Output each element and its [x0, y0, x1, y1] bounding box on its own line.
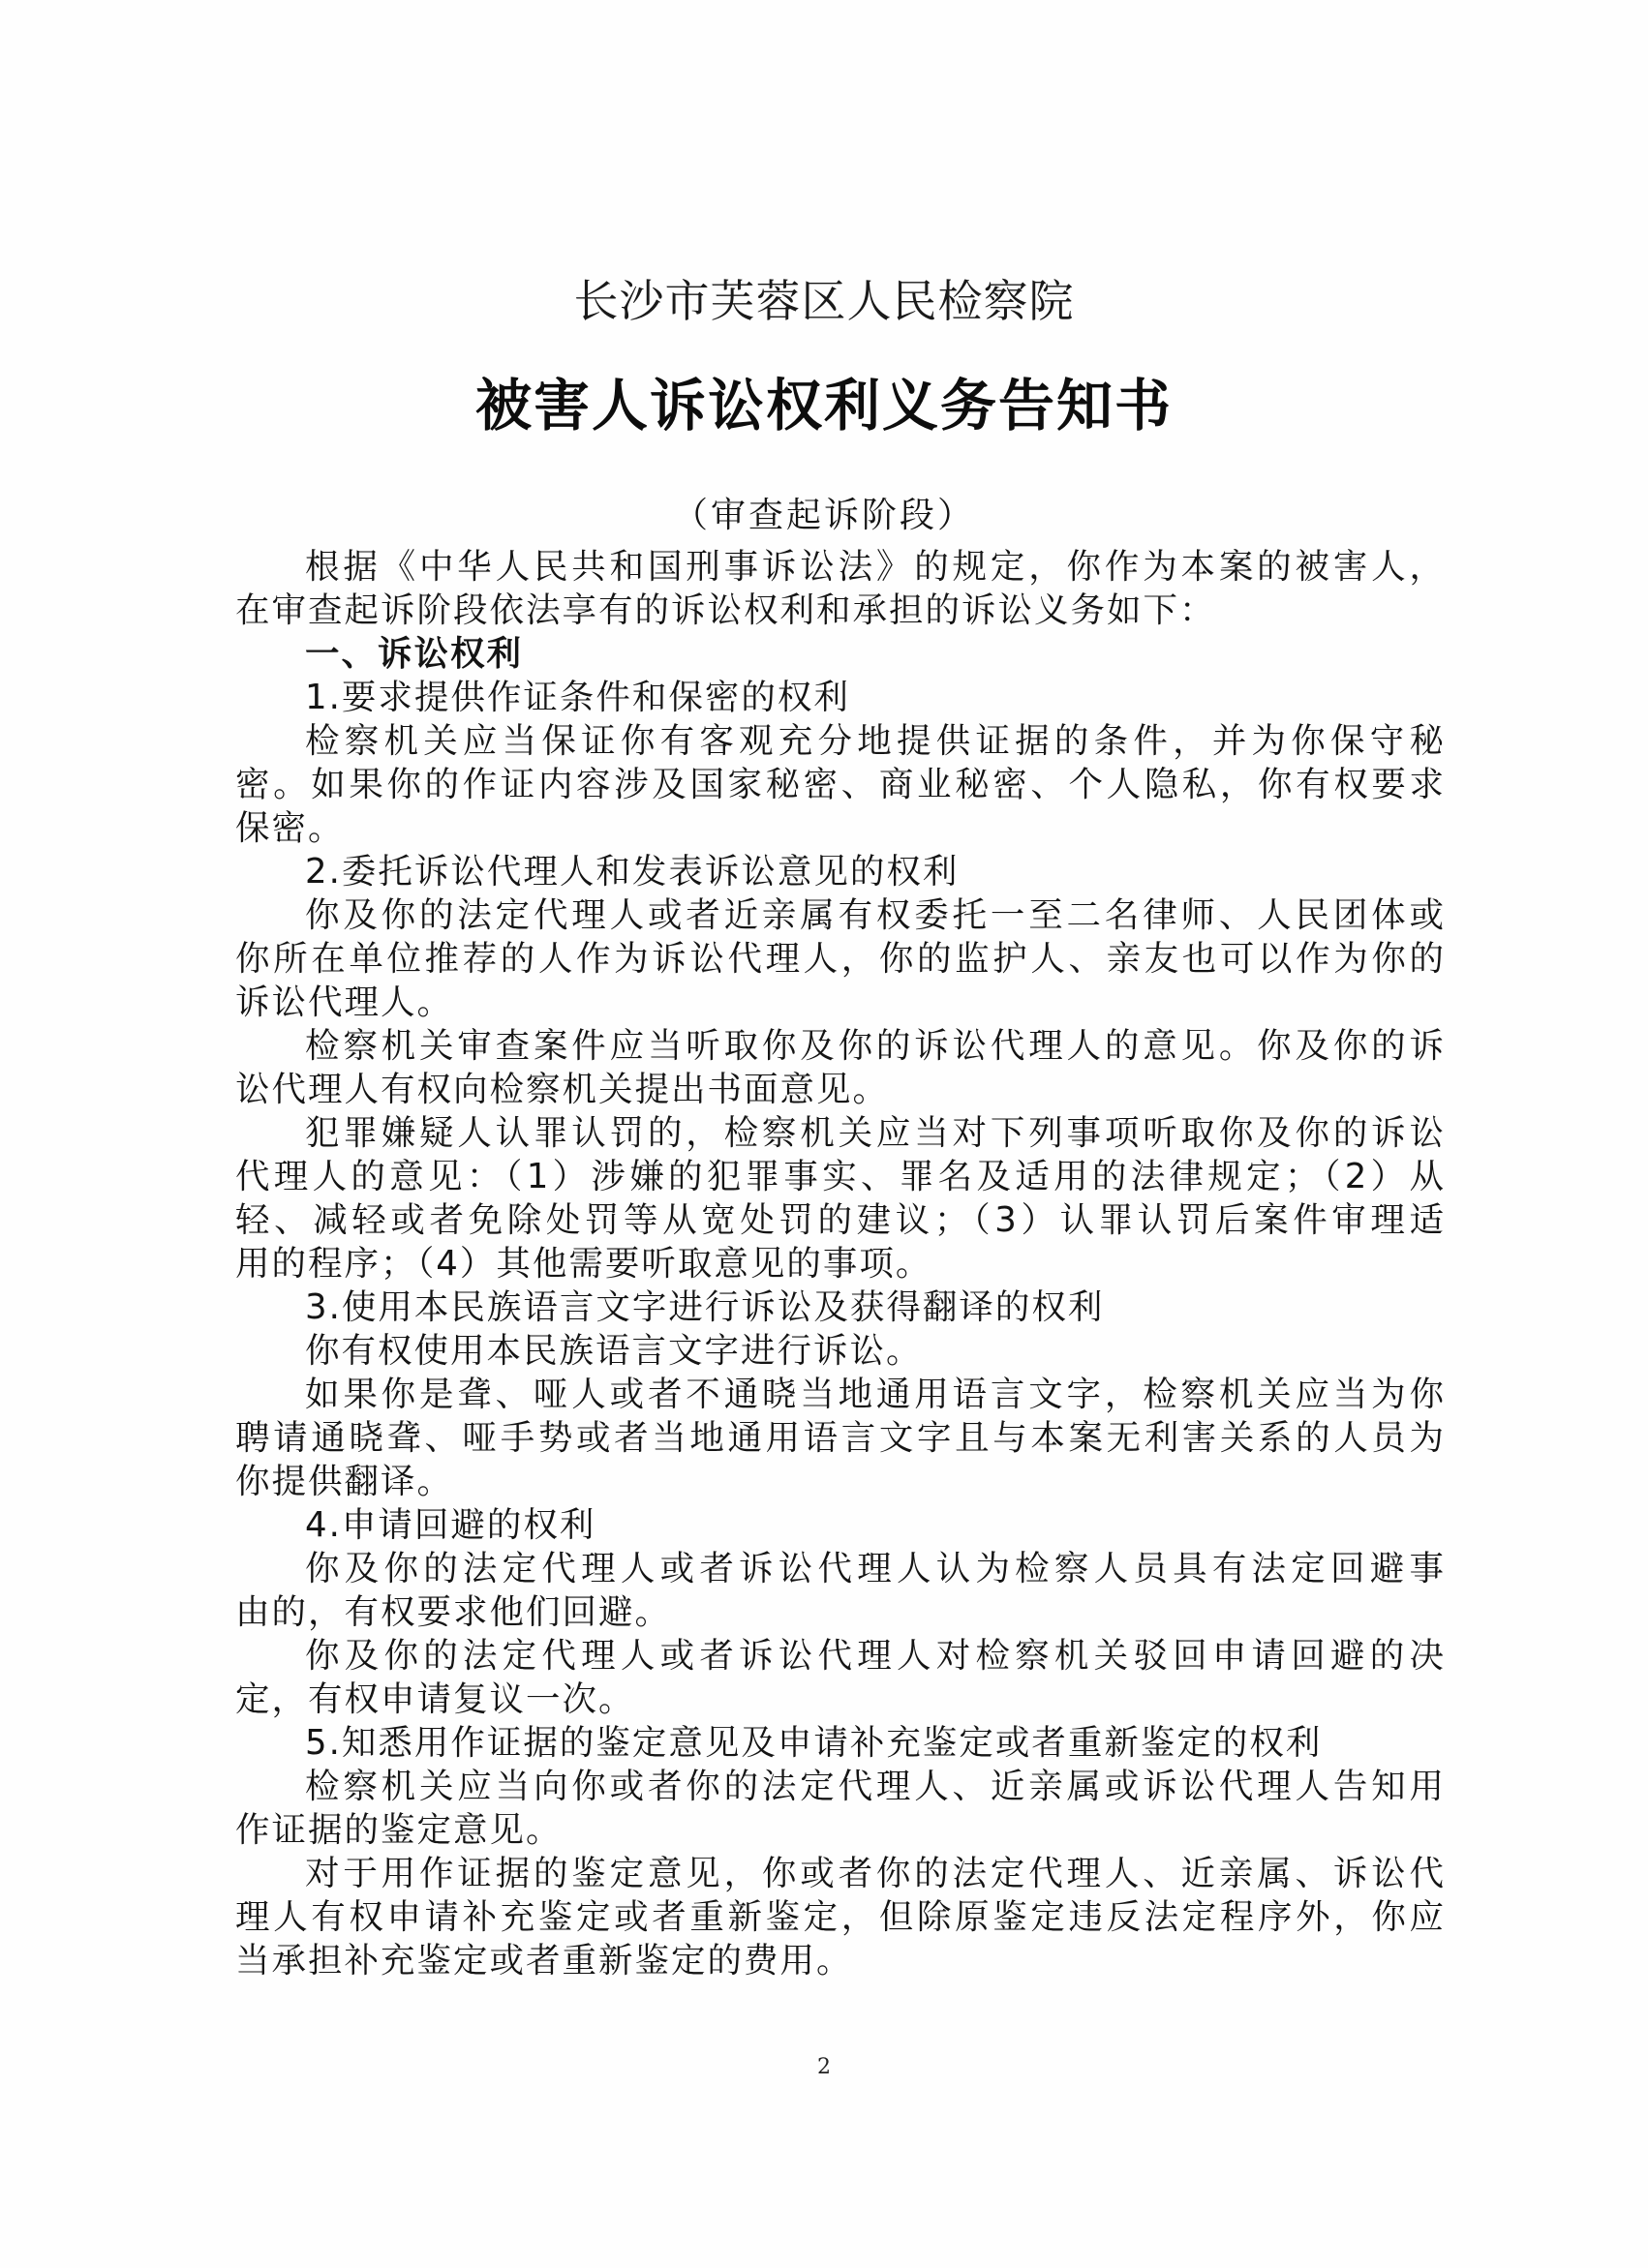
- paragraph-line: 密。如果你的作证内容涉及国家秘密、商业秘密、个人隐私，你有权要求: [235, 763, 1446, 806]
- paragraph-first-line: 你及你的法定代理人或者近亲属有权委托一至二名律师、人民团体或: [235, 893, 1446, 937]
- paragraph-first-line: 你及你的法定代理人或者诉讼代理人认为检察人员具有法定回避事: [235, 1547, 1446, 1590]
- page-number: 2: [0, 2055, 1648, 2080]
- paragraph-first-line: 检察机关应当向你或者你的法定代理人、近亲属或诉讼代理人告知用: [235, 1765, 1446, 1808]
- organization-title: 长沙市芙蓉区人民检察院: [0, 274, 1648, 328]
- paragraph-line: 代理人的意见：（1）涉嫌的犯罪事实、罪名及适用的法律规定；（2）从: [235, 1155, 1446, 1198]
- paragraph-line: 在审查起诉阶段依法享有的诉讼权利和承担的诉讼义务如下：: [235, 589, 1446, 632]
- stage-subtitle: （审查起诉阶段）: [0, 494, 1648, 538]
- paragraph-line: 保密。: [235, 806, 1446, 850]
- right-heading: 1.要求提供作证条件和保密的权利: [235, 676, 1446, 719]
- paragraph-first-line: 根据《中华人民共和国刑事诉讼法》的规定，你作为本案的被害人，: [235, 545, 1446, 589]
- paragraph-line: 讼代理人有权向检察机关提出书面意见。: [235, 1068, 1446, 1111]
- paragraph-first-line: 检察机关审查案件应当听取你及你的诉讼代理人的意见。你及你的诉: [235, 1024, 1446, 1068]
- paragraph-line: 作证据的鉴定意见。: [235, 1808, 1446, 1852]
- document-body: 根据《中华人民共和国刑事诉讼法》的规定，你作为本案的被害人，在审查起诉阶段依法享…: [235, 545, 1446, 1982]
- paragraph-line: 轻、减轻或者免除处罚等从宽处罚的建议；（3）认罪认罚后案件审理适: [235, 1198, 1446, 1242]
- right-heading: 3.使用本民族语言文字进行诉讼及获得翻译的权利: [235, 1285, 1446, 1329]
- paragraph-line: 由的，有权要求他们回避。: [235, 1590, 1446, 1634]
- paragraph-first-line: 检察机关应当保证你有客观充分地提供证据的条件，并为你保守秘: [235, 719, 1446, 763]
- right-heading: 2.委托诉讼代理人和发表诉讼意见的权利: [235, 850, 1446, 893]
- paragraph-line: 定，有权申请复议一次。: [235, 1678, 1446, 1721]
- paragraph-line: 你所在单位推荐的人作为诉讼代理人，你的监护人、亲友也可以作为你的: [235, 937, 1446, 981]
- paragraph-line: 诉讼代理人。: [235, 981, 1446, 1024]
- paragraph-line: 用的程序；（4）其他需要听取意见的事项。: [235, 1242, 1446, 1285]
- paragraph-line: 理人有权申请补充鉴定或者重新鉴定，但除原鉴定违反法定程序外，你应: [235, 1895, 1446, 1939]
- paragraph-line: 聘请通晓聋、哑手势或者当地通用语言文字且与本案无利害关系的人员为: [235, 1416, 1446, 1460]
- document-title: 被害人诉讼权利义务告知书: [0, 372, 1648, 439]
- paragraph-first-line: 对于用作证据的鉴定意见，你或者你的法定代理人、近亲属、诉讼代: [235, 1852, 1446, 1895]
- paragraph-line: 当承担补充鉴定或者重新鉴定的费用。: [235, 1939, 1446, 1982]
- paragraph-first-line: 你有权使用本民族语言文字进行诉讼。: [235, 1329, 1446, 1373]
- paragraph-line: 你提供翻译。: [235, 1460, 1446, 1503]
- paragraph-first-line: 如果你是聋、哑人或者不通晓当地通用语言文字，检察机关应当为你: [235, 1373, 1446, 1416]
- right-heading: 5.知悉用作证据的鉴定意见及申请补充鉴定或者重新鉴定的权利: [235, 1721, 1446, 1765]
- paragraph-first-line: 犯罪嫌疑人认罪认罚的，检察机关应当对下列事项听取你及你的诉讼: [235, 1111, 1446, 1155]
- paragraph-first-line: 你及你的法定代理人或者诉讼代理人对检察机关驳回申请回避的决: [235, 1634, 1446, 1678]
- document-page: 长沙市芙蓉区人民检察院 被害人诉讼权利义务告知书 （审查起诉阶段） 根据《中华人…: [0, 0, 1648, 2268]
- section-heading: 一、诉讼权利: [235, 632, 1446, 676]
- right-heading: 4.申请回避的权利: [235, 1503, 1446, 1547]
